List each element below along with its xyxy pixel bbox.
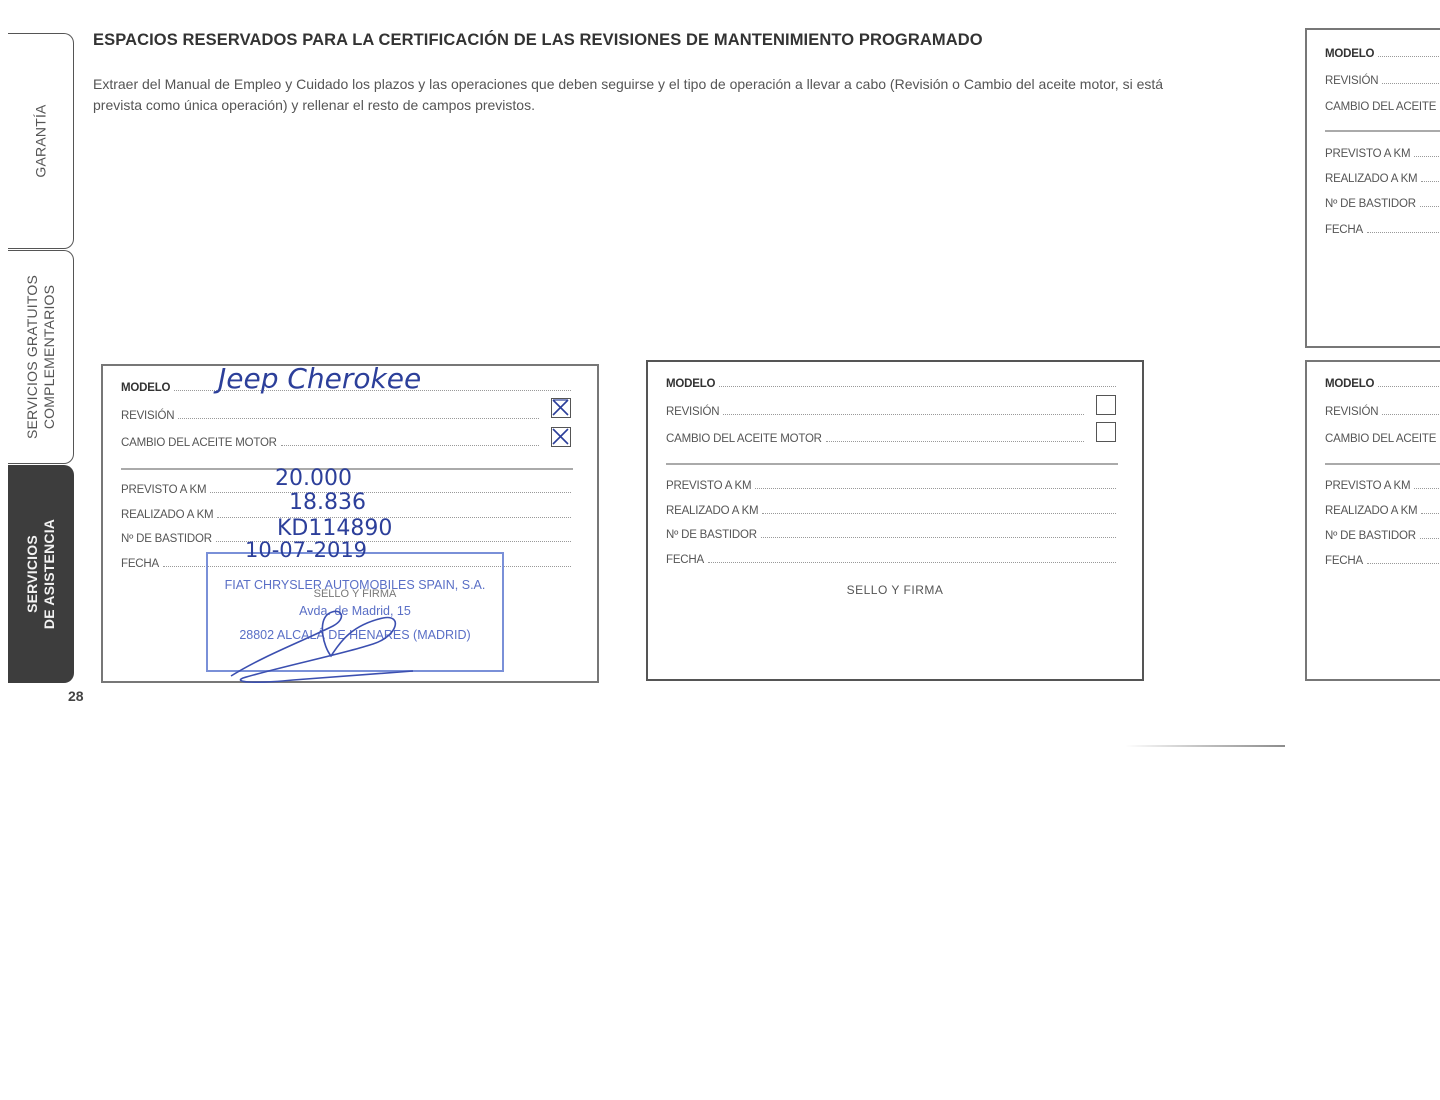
maintenance-card-4: MODELO REVISIÓN CAMBIO DEL ACEITE MOTOR … — [1305, 360, 1440, 681]
check-x-icon — [552, 428, 569, 445]
label-fecha: FECHA — [121, 558, 159, 570]
handwritten-realizado-km: 18.836 — [289, 490, 366, 515]
label-previsto-km: PREVISTO A KM — [121, 484, 206, 496]
label-modelo: MODELO — [666, 378, 715, 390]
check-x-icon — [552, 399, 569, 416]
intro-paragraph: Extraer del Manual de Empleo y Cuidado l… — [93, 74, 1173, 116]
label-revision: REVISIÓN — [1325, 75, 1378, 87]
label-revision: REVISIÓN — [121, 410, 174, 422]
page-title: ESPACIOS RESERVADOS PARA LA CERTIFICACIÓ… — [93, 31, 983, 50]
page-number: 28 — [68, 688, 84, 704]
row-modelo: MODELO — [666, 374, 1116, 390]
row-bastidor: Nº DE BASTIDOR — [666, 525, 1116, 541]
row-cambio-aceite: CAMBIO DEL ACEITE MOTOR — [1325, 429, 1440, 445]
row-previsto-km: PREVISTO A KM — [1325, 144, 1440, 160]
tab-garantia: GARANTÍA — [8, 33, 74, 249]
scan-smudge — [1125, 745, 1285, 747]
label-fecha: FECHA — [1325, 224, 1363, 236]
row-revision: REVISIÓN — [1325, 402, 1440, 418]
tab-servicios-asistencia: SERVICIOS DE ASISTENCIA — [8, 465, 74, 683]
checkbox-revision[interactable] — [551, 398, 571, 418]
label-modelo: MODELO — [1325, 378, 1374, 390]
label-revision: REVISIÓN — [1325, 406, 1378, 418]
tab-garantia-label: GARANTÍA — [32, 104, 49, 177]
row-bastidor: Nº DE BASTIDOR — [1325, 194, 1440, 210]
maintenance-card-1: MODELO Jeep Cherokee REVISIÓN CAMBIO DEL… — [101, 364, 599, 683]
row-previsto-km: PREVISTO A KM — [666, 476, 1116, 492]
checkbox-cambio-aceite[interactable] — [1096, 422, 1116, 442]
checkbox-cambio-aceite[interactable] — [551, 427, 571, 447]
maintenance-card-3: MODELO REVISIÓN CAMBIO DEL ACEITE MOTOR … — [1305, 28, 1440, 348]
row-fecha: FECHA — [1325, 551, 1440, 567]
label-modelo: MODELO — [1325, 48, 1374, 60]
row-realizado-km: REALIZADO A KM — [1325, 169, 1440, 185]
row-bastidor: Nº DE BASTIDOR — [1325, 526, 1440, 542]
row-modelo: MODELO — [1325, 374, 1440, 390]
maintenance-card-2: MODELO REVISIÓN CAMBIO DEL ACEITE MOTOR … — [646, 360, 1144, 681]
row-fecha: FECHA — [666, 550, 1116, 566]
tab-servicios-asistencia-label: SERVICIOS DE ASISTENCIA — [24, 519, 58, 629]
label-cambio-aceite: CAMBIO DEL ACEITE MOTOR — [1325, 101, 1440, 113]
label-realizado-km: REALIZADO A KM — [1325, 173, 1417, 185]
checkbox-revision[interactable] — [1096, 395, 1116, 415]
label-realizado-km: REALIZADO A KM — [121, 509, 213, 521]
label-previsto-km: PREVISTO A KM — [666, 480, 751, 492]
label-previsto-km: PREVISTO A KM — [1325, 148, 1410, 160]
row-realizado-km: REALIZADO A KM — [666, 501, 1116, 517]
row-cambio-aceite: CAMBIO DEL ACEITE MOTOR — [121, 433, 539, 449]
card-divider — [1325, 463, 1440, 465]
row-modelo: MODELO — [1325, 44, 1440, 60]
handwritten-modelo: Jeep Cherokee — [218, 362, 421, 395]
tab-servicios-gratuitos-label: SERVICIOS GRATUITOS COMPLEMENTARIOS — [24, 275, 58, 439]
label-fecha: FECHA — [666, 554, 704, 566]
tab-servicios-gratuitos: SERVICIOS GRATUITOS COMPLEMENTARIOS — [8, 250, 74, 464]
handwritten-previsto-km: 20.000 — [275, 466, 352, 491]
label-cambio-aceite: CAMBIO DEL ACEITE MOTOR — [666, 433, 822, 445]
row-cambio-aceite: CAMBIO DEL ACEITE MOTOR — [1325, 97, 1440, 113]
card-divider — [666, 463, 1118, 465]
label-bastidor: Nº DE BASTIDOR — [121, 533, 212, 545]
label-realizado-km: REALIZADO A KM — [1325, 505, 1417, 517]
label-fecha: FECHA — [1325, 555, 1363, 567]
row-cambio-aceite: CAMBIO DEL ACEITE MOTOR — [666, 429, 1084, 445]
row-realizado-km: REALIZADO A KM — [1325, 501, 1440, 517]
label-realizado-km: REALIZADO A KM — [666, 505, 758, 517]
row-previsto-km: PREVISTO A KM — [1325, 476, 1440, 492]
row-revision: REVISIÓN — [666, 402, 1084, 418]
handwritten-fecha: 10-07-2019 — [245, 538, 367, 562]
sello-firma-label: SELLO Y FIRMA — [648, 583, 1142, 597]
label-previsto-km: PREVISTO A KM — [1325, 480, 1410, 492]
row-revision: REVISIÓN — [121, 406, 539, 422]
label-bastidor: Nº DE BASTIDOR — [1325, 530, 1416, 542]
label-bastidor: Nº DE BASTIDOR — [1325, 198, 1416, 210]
card-divider — [1325, 130, 1440, 132]
signature-icon — [223, 596, 423, 686]
label-cambio-aceite: CAMBIO DEL ACEITE MOTOR — [121, 437, 277, 449]
row-revision: REVISIÓN — [1325, 71, 1440, 87]
label-bastidor: Nº DE BASTIDOR — [666, 529, 757, 541]
label-revision: REVISIÓN — [666, 406, 719, 418]
row-fecha: FECHA — [1325, 220, 1440, 236]
label-modelo: MODELO — [121, 382, 170, 394]
label-cambio-aceite: CAMBIO DEL ACEITE MOTOR — [1325, 433, 1440, 445]
